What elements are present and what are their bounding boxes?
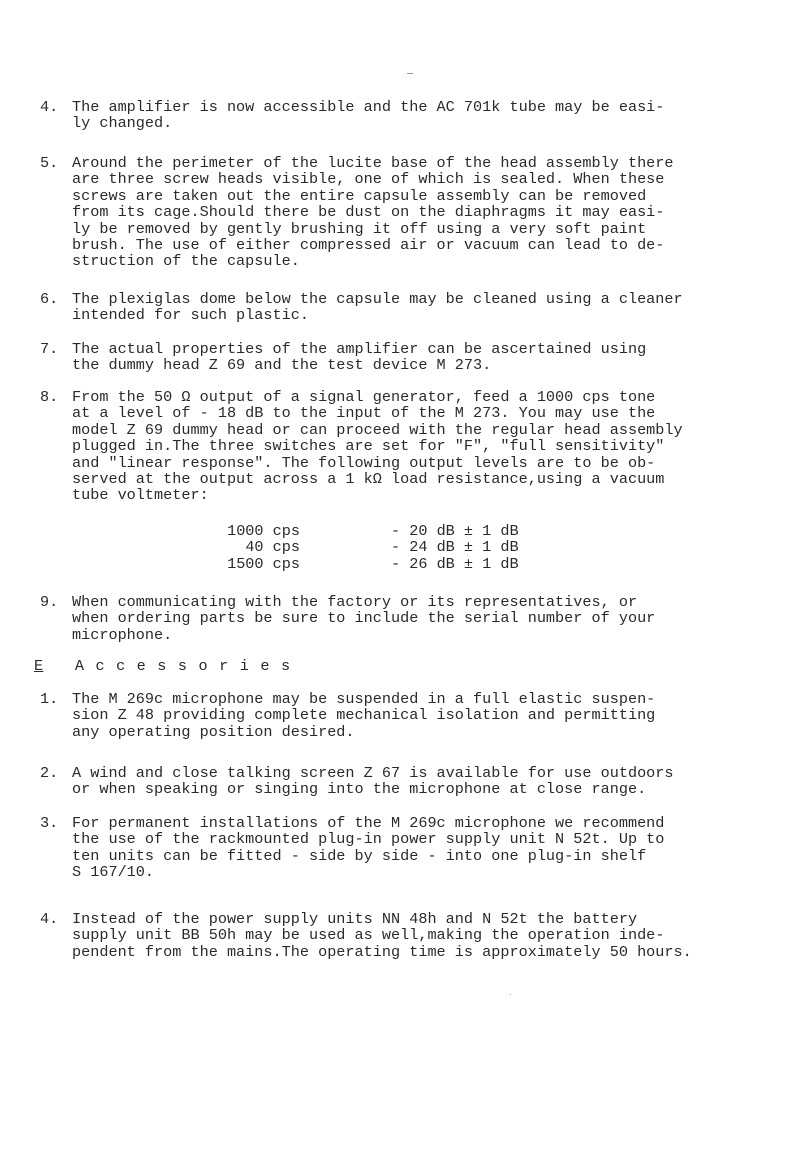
maintenance-item-6: 6. The plexiglas dome below the capsule … — [40, 291, 745, 324]
frequency: 1500 cps — [200, 556, 300, 572]
section-heading: E Accessories — [34, 658, 302, 674]
item-text: When communicating with the factory or i… — [72, 594, 745, 643]
item-number: 7. — [40, 341, 70, 357]
maintenance-item-8: 8. From the 50 Ω output of a signal gene… — [40, 389, 745, 504]
item-number: 9. — [40, 594, 70, 610]
accessory-item-2: 2. A wind and close talking screen Z 67 … — [40, 765, 745, 798]
item-text: The M 269c microphone may be suspended i… — [72, 691, 745, 740]
item-number: 2. — [40, 765, 70, 781]
item-number: 6. — [40, 291, 70, 307]
item-text: The actual properties of the amplifier c… — [72, 341, 745, 374]
item-number: 4. — [40, 911, 70, 927]
item-number: 4. — [40, 99, 70, 115]
scan-speck — [510, 994, 511, 995]
maintenance-item-5: 5. Around the perimeter of the lucite ba… — [40, 155, 745, 270]
item-text: The plexiglas dome below the capsule may… — [72, 291, 745, 324]
item-text: From the 50 Ω output of a signal generat… — [72, 389, 745, 504]
item-number: 8. — [40, 389, 70, 405]
frequency: 1000 cps — [200, 523, 300, 539]
accessory-item-1: 1. The M 269c microphone may be suspende… — [40, 691, 745, 740]
accessory-item-3: 3. For permanent installations of the M … — [40, 815, 745, 881]
item-number: 1. — [40, 691, 70, 707]
item-number: 3. — [40, 815, 70, 831]
level: - 26 dB ± 1 dB — [391, 556, 519, 572]
section-letter: E — [34, 657, 43, 675]
output-levels-table: 1000 cps - 20 dB ± 1 dB 40 cps - 24 dB ±… — [200, 523, 519, 572]
section-title: Accessories — [75, 657, 302, 675]
accessory-item-4: 4. Instead of the power supply units NN … — [40, 911, 745, 960]
item-number: 5. — [40, 155, 70, 171]
item-text: A wind and close talking screen Z 67 is … — [72, 765, 745, 798]
item-text: The amplifier is now accessible and the … — [72, 99, 745, 132]
level: - 20 dB ± 1 dB — [391, 523, 519, 539]
item-text: For permanent installations of the M 269… — [72, 815, 745, 881]
maintenance-item-4: 4. The amplifier is now accessible and t… — [40, 99, 745, 132]
frequency: 40 cps — [200, 539, 300, 555]
maintenance-item-9: 9. When communicating with the factory o… — [40, 594, 745, 643]
output-level-row: 1500 cps - 26 dB ± 1 dB — [200, 556, 519, 572]
item-text: Around the perimeter of the lucite base … — [72, 155, 745, 270]
maintenance-item-7: 7. The actual properties of the amplifie… — [40, 341, 745, 374]
document-page: 4. The amplifier is now accessible and t… — [0, 0, 792, 1170]
item-text: Instead of the power supply units NN 48h… — [72, 911, 745, 960]
output-level-row: 40 cps - 24 dB ± 1 dB — [200, 539, 519, 555]
level: - 24 dB ± 1 dB — [391, 539, 519, 555]
scan-speck — [407, 73, 413, 74]
output-level-row: 1000 cps - 20 dB ± 1 dB — [200, 523, 519, 539]
